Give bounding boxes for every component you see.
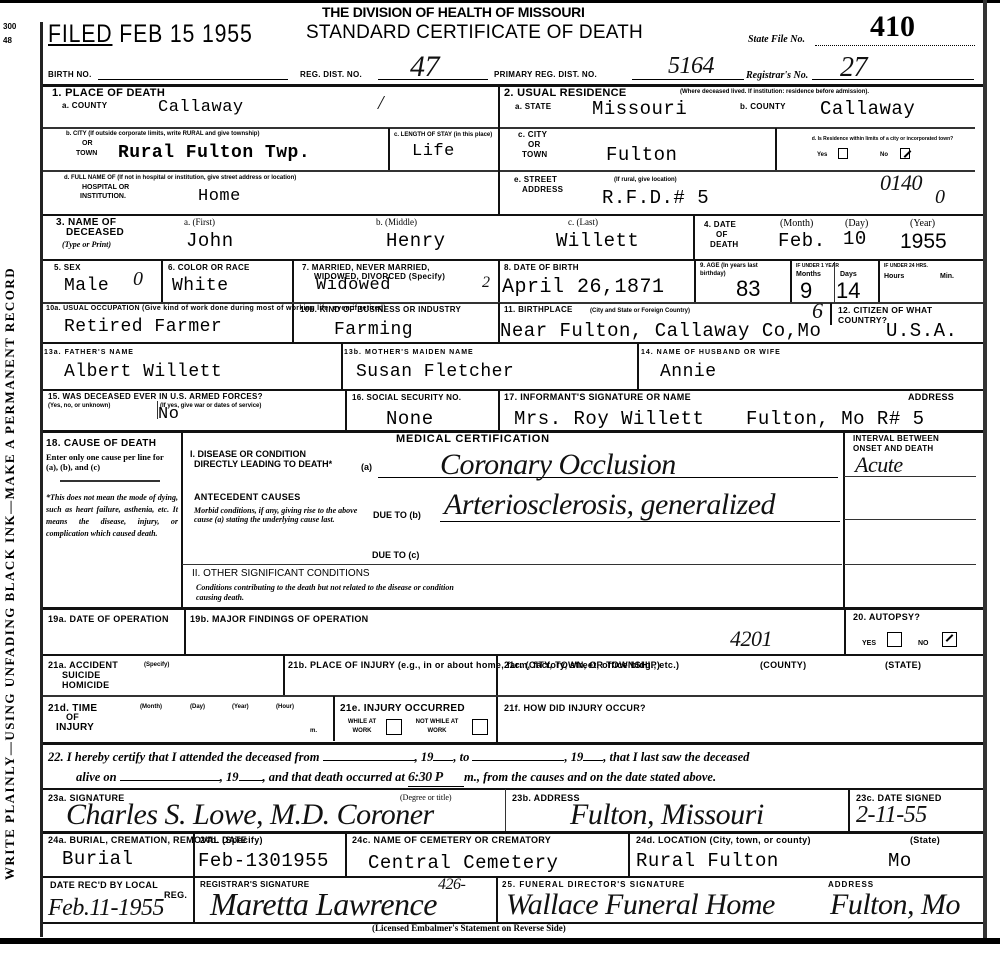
rule <box>60 480 160 482</box>
rule <box>500 127 975 129</box>
death-county: Callaway <box>158 98 244 117</box>
suicide-label: SUICIDE <box>62 670 101 680</box>
residence-code2: 0 <box>935 186 945 209</box>
burial-date-label: 24b. DATE <box>200 835 247 845</box>
rule <box>292 260 294 342</box>
death-city-town: TOWN <box>76 150 97 157</box>
last-name: Willett <box>556 230 639 252</box>
certify-blank <box>323 760 415 761</box>
autopsy-no-checkbox[interactable] <box>942 632 957 647</box>
rule <box>43 788 983 790</box>
rule <box>496 877 498 923</box>
how-injury-label: 21f. HOW DID INJURY OCCUR? <box>504 703 646 713</box>
rule <box>43 876 983 878</box>
informant-address-label: ADDRESS <box>908 392 954 402</box>
hospital-sub: HOSPITAL OR <box>82 184 129 191</box>
rule <box>43 214 983 216</box>
rule <box>628 833 630 877</box>
rule <box>498 260 500 302</box>
cemetery-name: Central Cemetery <box>368 852 558 874</box>
rule <box>844 609 846 654</box>
informant-address: Fulton, Mo R# 5 <box>746 408 925 430</box>
registrar-signature: Maretta Lawrence <box>210 886 437 923</box>
filed-stamp: FILED FEB 15 1955 <box>48 20 253 49</box>
residence-code: 0140 <box>880 170 922 196</box>
limits-no-checkbox[interactable] <box>900 148 910 159</box>
homicide-label: HOMICIDE <box>62 680 109 690</box>
birth-no-label: BIRTH NO. <box>48 70 92 79</box>
date-recd: Feb.11-1955 <box>48 895 164 922</box>
injury-month-label: (Month) <box>140 704 162 710</box>
cause-line-b: Arteriosclerosis, generalized <box>444 488 775 522</box>
certify-text: , 19 <box>220 770 239 784</box>
race-label: 6. COLOR OR RACE <box>168 263 250 272</box>
stay-label: c. LENGTH OF STAY (in this place) <box>394 131 494 140</box>
certify-text: , to <box>453 750 469 764</box>
social-security: None <box>386 408 434 430</box>
autopsy-label: 20. AUTOPSY? <box>853 612 920 622</box>
rule <box>43 742 983 745</box>
rule <box>844 476 976 477</box>
dod-label: 4. DATE <box>704 220 736 229</box>
certify-blank <box>120 780 220 781</box>
dod-year: 1955 <box>900 230 947 254</box>
primary-reg-no: 5164 <box>668 53 714 80</box>
dod-month-label: (Month) <box>780 218 813 229</box>
birthplace: Near Fulton, Callaway Co,Mo <box>500 320 821 342</box>
ssn-label: 16. SOCIAL SECURITY NO. <box>352 393 461 402</box>
date-recd-label: DATE REC'D BY LOCAL <box>50 880 158 890</box>
due-c-label: DUE TO (c) <box>372 550 419 560</box>
sex: Male <box>64 276 109 296</box>
sex-label: 5. SEX <box>54 263 81 272</box>
rule <box>878 260 880 302</box>
rule <box>505 789 506 831</box>
registrar-no: 27 <box>840 52 867 84</box>
rule <box>790 260 792 302</box>
while-work-checkbox[interactable] <box>386 719 402 735</box>
certify-line2: alive on , 19, and that death occurred a… <box>76 770 716 787</box>
birthplace-note: (City and State or Foreign Country) <box>590 308 690 314</box>
middle-name: Henry <box>386 230 446 252</box>
reg-dist-no: 47 <box>410 50 439 84</box>
dod-label3: DEATH <box>710 240 738 249</box>
father-name: Albert Willett <box>64 362 222 382</box>
director-address: Fulton, Mo <box>830 888 960 922</box>
marital-label: 7. MARRIED, NEVER MARRIED, <box>302 263 430 272</box>
armed-forces-value: No <box>158 405 179 424</box>
disease-label: I. DISEASE OR CONDITION <box>190 449 306 459</box>
injury-occurred-label: 21e. INJURY OCCURRED <box>340 703 465 714</box>
rule <box>181 432 183 607</box>
death-county-mark: / <box>378 92 383 115</box>
rule <box>193 833 195 877</box>
street-label2: ADDRESS <box>522 185 563 194</box>
division-heading: THE DIVISION OF HEALTH OF MISSOURI <box>322 4 585 20</box>
last-name-label: c. (Last) <box>568 217 598 227</box>
dod-year-label: (Year) <box>910 218 935 229</box>
under-1-label: IF UNDER 1 YEAR <box>796 263 839 269</box>
rule <box>694 260 696 302</box>
certify-text: , and that death occurred at <box>263 770 405 784</box>
reg-dist-label: REG. DIST. NO. <box>300 70 362 79</box>
father-label: 13a. FATHER'S NAME <box>44 349 134 356</box>
margin-numbers: 300 48 <box>3 20 16 48</box>
dob-label: 8. DATE OF BIRTH <box>504 263 579 272</box>
disease-label2: DIRECTLY LEADING TO DEATH* <box>194 459 332 469</box>
spouse-name: Annie <box>660 362 717 382</box>
not-while-work-checkbox[interactable] <box>472 719 488 735</box>
certify-line1: 22. I hereby certify that I attended the… <box>48 750 749 765</box>
spouse-label: 14. NAME OF HUSBAND OR WIFE <box>641 349 781 356</box>
certify-text: alive on <box>76 770 117 784</box>
filed-word: FILED <box>48 20 112 48</box>
rule <box>43 695 983 697</box>
dod-label2: OF <box>716 230 728 239</box>
hospital-label: d. FULL NAME OF (If not in hospital or i… <box>64 175 296 181</box>
rule <box>844 519 976 520</box>
informant-name: Mrs. Roy Willett <box>514 408 704 430</box>
rule <box>848 789 850 831</box>
antecedent-note: Morbid conditions, if any, giving rise t… <box>194 506 364 524</box>
marital-status: Widowed <box>316 276 391 295</box>
death-time: 6:30 P <box>408 770 443 785</box>
rule <box>844 564 976 565</box>
rule <box>333 696 335 741</box>
certificate-title: STANDARD CERTIFICATE OF DEATH <box>306 22 643 44</box>
operation-findings-label: 19b. MAJOR FINDINGS OF OPERATION <box>190 614 368 624</box>
autopsy-yes-label: YES <box>862 640 876 647</box>
certify-text: , that I last saw the deceased <box>603 750 749 764</box>
dod-day: 10 <box>843 228 867 250</box>
interval-a: Acute <box>855 452 903 478</box>
rule <box>43 259 983 261</box>
length-of-stay: Life <box>412 142 455 161</box>
res-county-label: b. COUNTY <box>740 102 786 111</box>
armed-forces-label: 15. WAS DECEASED EVER IN U.S. ARMED FORC… <box>48 392 263 401</box>
name-note: (Type or Print) <box>62 240 111 249</box>
armed-forces-note1: (Yes, no, or unknown) <box>48 403 110 409</box>
death-city-label: b. CITY (If outside corporate limits, wr… <box>66 131 386 137</box>
informant-label: 17. INFORMANT'S SIGNATURE OR NAME <box>504 392 691 402</box>
cert-address: Fulton, Missouri <box>570 798 764 832</box>
street-label: e. STREET <box>514 175 557 184</box>
rule <box>693 215 695 260</box>
rule <box>345 833 347 877</box>
sex-code: 0 <box>133 268 143 291</box>
injury-m-label: m. <box>310 728 317 734</box>
margin-number: 300 <box>3 20 16 34</box>
disposition: Burial <box>62 848 133 870</box>
physician-signature: Charles S. Lowe, M.D. Coroner <box>66 798 434 832</box>
dod-month: Feb. <box>778 230 826 252</box>
hospital-name: Home <box>198 187 241 206</box>
limits-label: d. Is Residence within limits of a city … <box>800 135 965 143</box>
rule <box>388 128 390 170</box>
age-months: 9 <box>800 278 812 304</box>
registrar-no-line <box>812 79 974 80</box>
certify-blank <box>239 780 263 781</box>
rule <box>193 877 195 923</box>
street-address: R.F.D.# 5 <box>602 187 709 209</box>
certify-text: m., from the causes and on the date stat… <box>464 770 716 784</box>
cause-label: 18. CAUSE OF DEATH <box>46 438 156 449</box>
res-city: Fulton <box>606 144 677 166</box>
death-county-label: a. COUNTY <box>62 101 107 110</box>
antecedent-label: ANTECEDENT CAUSES <box>194 492 301 502</box>
margin-number: 48 <box>3 34 16 48</box>
occupation: Retired Farmer <box>64 317 222 337</box>
state-file-label: State File No. <box>748 34 805 45</box>
under-24-label: IF UNDER 24 HRS. <box>884 263 928 269</box>
limits-yes-checkbox[interactable] <box>838 148 848 159</box>
time-injury-label3: INJURY <box>56 722 94 733</box>
rule <box>182 564 842 565</box>
hospital-sub2: INSTITUTION. <box>80 193 126 200</box>
operation-date-label: 19a. DATE OF OPERATION <box>48 614 169 624</box>
rule <box>834 262 835 302</box>
certify-blank <box>583 760 603 761</box>
date-of-birth: April 26,1871 <box>502 276 665 299</box>
rule <box>43 170 498 172</box>
specify-label: (Specify) <box>144 662 169 668</box>
injury-city-label: 21c. (CITY, TOWN, OR TOWNSHIP) <box>504 660 660 670</box>
other-conditions-label: II. OTHER SIGNIFICANT CONDITIONS <box>192 568 370 579</box>
res-city-label: c. CITY <box>518 130 547 139</box>
interval-label: INTERVAL BETWEEN ONSET AND DEATH <box>853 434 963 454</box>
director-signature: Wallace Funeral Home <box>506 888 775 922</box>
rule <box>341 343 343 389</box>
age-years: 83 <box>736 276 760 302</box>
state-file-line <box>815 45 975 46</box>
rule <box>43 302 983 304</box>
death-time-blank: 6:30 P <box>408 770 464 787</box>
burial-date: Feb-1301955 <box>198 850 329 872</box>
res-city-town: TOWN <box>522 150 548 159</box>
rule <box>43 342 983 344</box>
primary-reg-label: PRIMARY REG. DIST. NO. <box>494 70 597 79</box>
location-state-label: (State) <box>910 835 940 845</box>
first-name-label: a. (First) <box>184 217 215 227</box>
burial-state: Mo <box>888 850 912 872</box>
street-note: (If rural, give location) <box>614 177 677 183</box>
res-state-label: a. STATE <box>515 102 551 111</box>
operation-code: 4201 <box>730 626 772 652</box>
injury-day-label: (Day) <box>190 704 205 710</box>
registrar-no-label: Registrar's No. <box>746 70 808 81</box>
not-while-work-label: NOT WHILE AT WORK <box>412 718 462 736</box>
rule <box>498 390 500 430</box>
rule <box>161 260 163 302</box>
business-label: 10b. KIND OF BUSINESS OR INDUSTRY <box>300 305 498 315</box>
cause-footnote: *This does not mean the mode of dying, s… <box>46 492 178 540</box>
autopsy-no-label: NO <box>918 640 929 647</box>
right-border <box>983 0 987 940</box>
certify-text: , 19 <box>564 750 583 764</box>
accident-label: 21a. ACCIDENT <box>48 660 118 670</box>
top-border <box>0 0 1000 3</box>
while-work-label: WHILE AT WORK <box>340 718 384 736</box>
rule <box>283 655 285 695</box>
registrar-code: 426- <box>438 876 465 894</box>
marital-code: 2 <box>482 274 490 292</box>
mother-label: 13b. MOTHER'S MAIDEN NAME <box>344 349 474 356</box>
rule <box>496 655 498 745</box>
rule <box>184 609 186 654</box>
location-label: 24d. LOCATION (City, town, or county) <box>636 835 811 845</box>
injury-year-label: (Year) <box>232 704 249 710</box>
rule <box>43 389 983 391</box>
cause-line-a: Coronary Occlusion <box>440 448 676 482</box>
res-city-or: OR <box>528 140 541 149</box>
rule <box>775 128 777 170</box>
rule <box>637 343 639 389</box>
rule <box>43 127 498 129</box>
left-rule <box>40 22 43 937</box>
injury-hour-label: (Hour) <box>276 704 294 710</box>
days-label: Days <box>840 271 857 278</box>
rule <box>43 654 983 656</box>
limits-no-label: No <box>880 152 888 158</box>
burial-location: Rural Fulton <box>636 850 779 872</box>
min-label: Min. <box>940 273 954 280</box>
embalmer-note: (Licensed Embalmer's Statement on Revers… <box>372 923 566 933</box>
name-label2: DECEASED <box>66 227 124 238</box>
age-days: 14 <box>836 278 860 304</box>
middle-name-label: b. (Middle) <box>376 217 417 227</box>
res-county: Callaway <box>820 98 915 120</box>
medical-cert-heading: MEDICAL CERTIFICATION <box>396 433 550 445</box>
place-of-death-label: 1. PLACE OF DEATH <box>52 87 165 99</box>
rule <box>43 831 983 834</box>
birthplace-label: 11. BIRTHPLACE <box>504 305 573 314</box>
injury-county-label: (COUNTY) <box>760 660 806 670</box>
filed-date: FEB 15 1955 <box>119 20 252 48</box>
certify-text: 22. I hereby certify that I attended the… <box>48 750 319 764</box>
certify-blank <box>433 760 453 761</box>
citizenship: U.S.A. <box>886 320 957 342</box>
bottom-border <box>0 938 1000 944</box>
business: Farming <box>334 320 413 340</box>
birth-no-line <box>98 79 288 80</box>
date-signed: 2-11-55 <box>856 802 927 829</box>
death-city: Rural Fulton Twp. <box>118 143 310 163</box>
rule <box>830 303 832 325</box>
cemetery-label: 24c. NAME OF CEMETERY OR CREMATORY <box>352 835 551 845</box>
autopsy-yes-checkbox[interactable] <box>887 632 902 647</box>
rule <box>498 86 500 214</box>
months-label: Months <box>796 271 821 278</box>
certify-blank <box>472 760 564 761</box>
death-city-or: OR <box>82 140 93 147</box>
mother-name: Susan Fletcher <box>356 362 514 382</box>
rule <box>345 390 347 430</box>
residence-note: (Where deceased lived. If institution: r… <box>680 89 869 95</box>
line-a-label: (a) <box>361 462 372 472</box>
time-injury-label2: OF <box>66 712 79 722</box>
hours-label: Hours <box>884 273 904 280</box>
state-file-number: 410 <box>870 10 915 44</box>
first-name: John <box>186 230 234 252</box>
due-b-label: DUE TO (b) <box>373 510 421 520</box>
side-instruction: WRITE PLAINLY—USING UNFADING BLACK INK—M… <box>2 160 18 880</box>
limits-yes-label: Yes <box>817 152 827 158</box>
res-state: Missouri <box>592 98 687 120</box>
certify-text: , 19 <box>415 750 434 764</box>
cause-instructions: Enter only one cause per line for (a), (… <box>46 452 176 472</box>
other-conditions-note: Conditions contributing to the death but… <box>196 583 456 603</box>
injury-state-label: (STATE) <box>885 660 921 670</box>
race: White <box>172 276 229 296</box>
date-recd-label2: REG. <box>164 890 187 900</box>
